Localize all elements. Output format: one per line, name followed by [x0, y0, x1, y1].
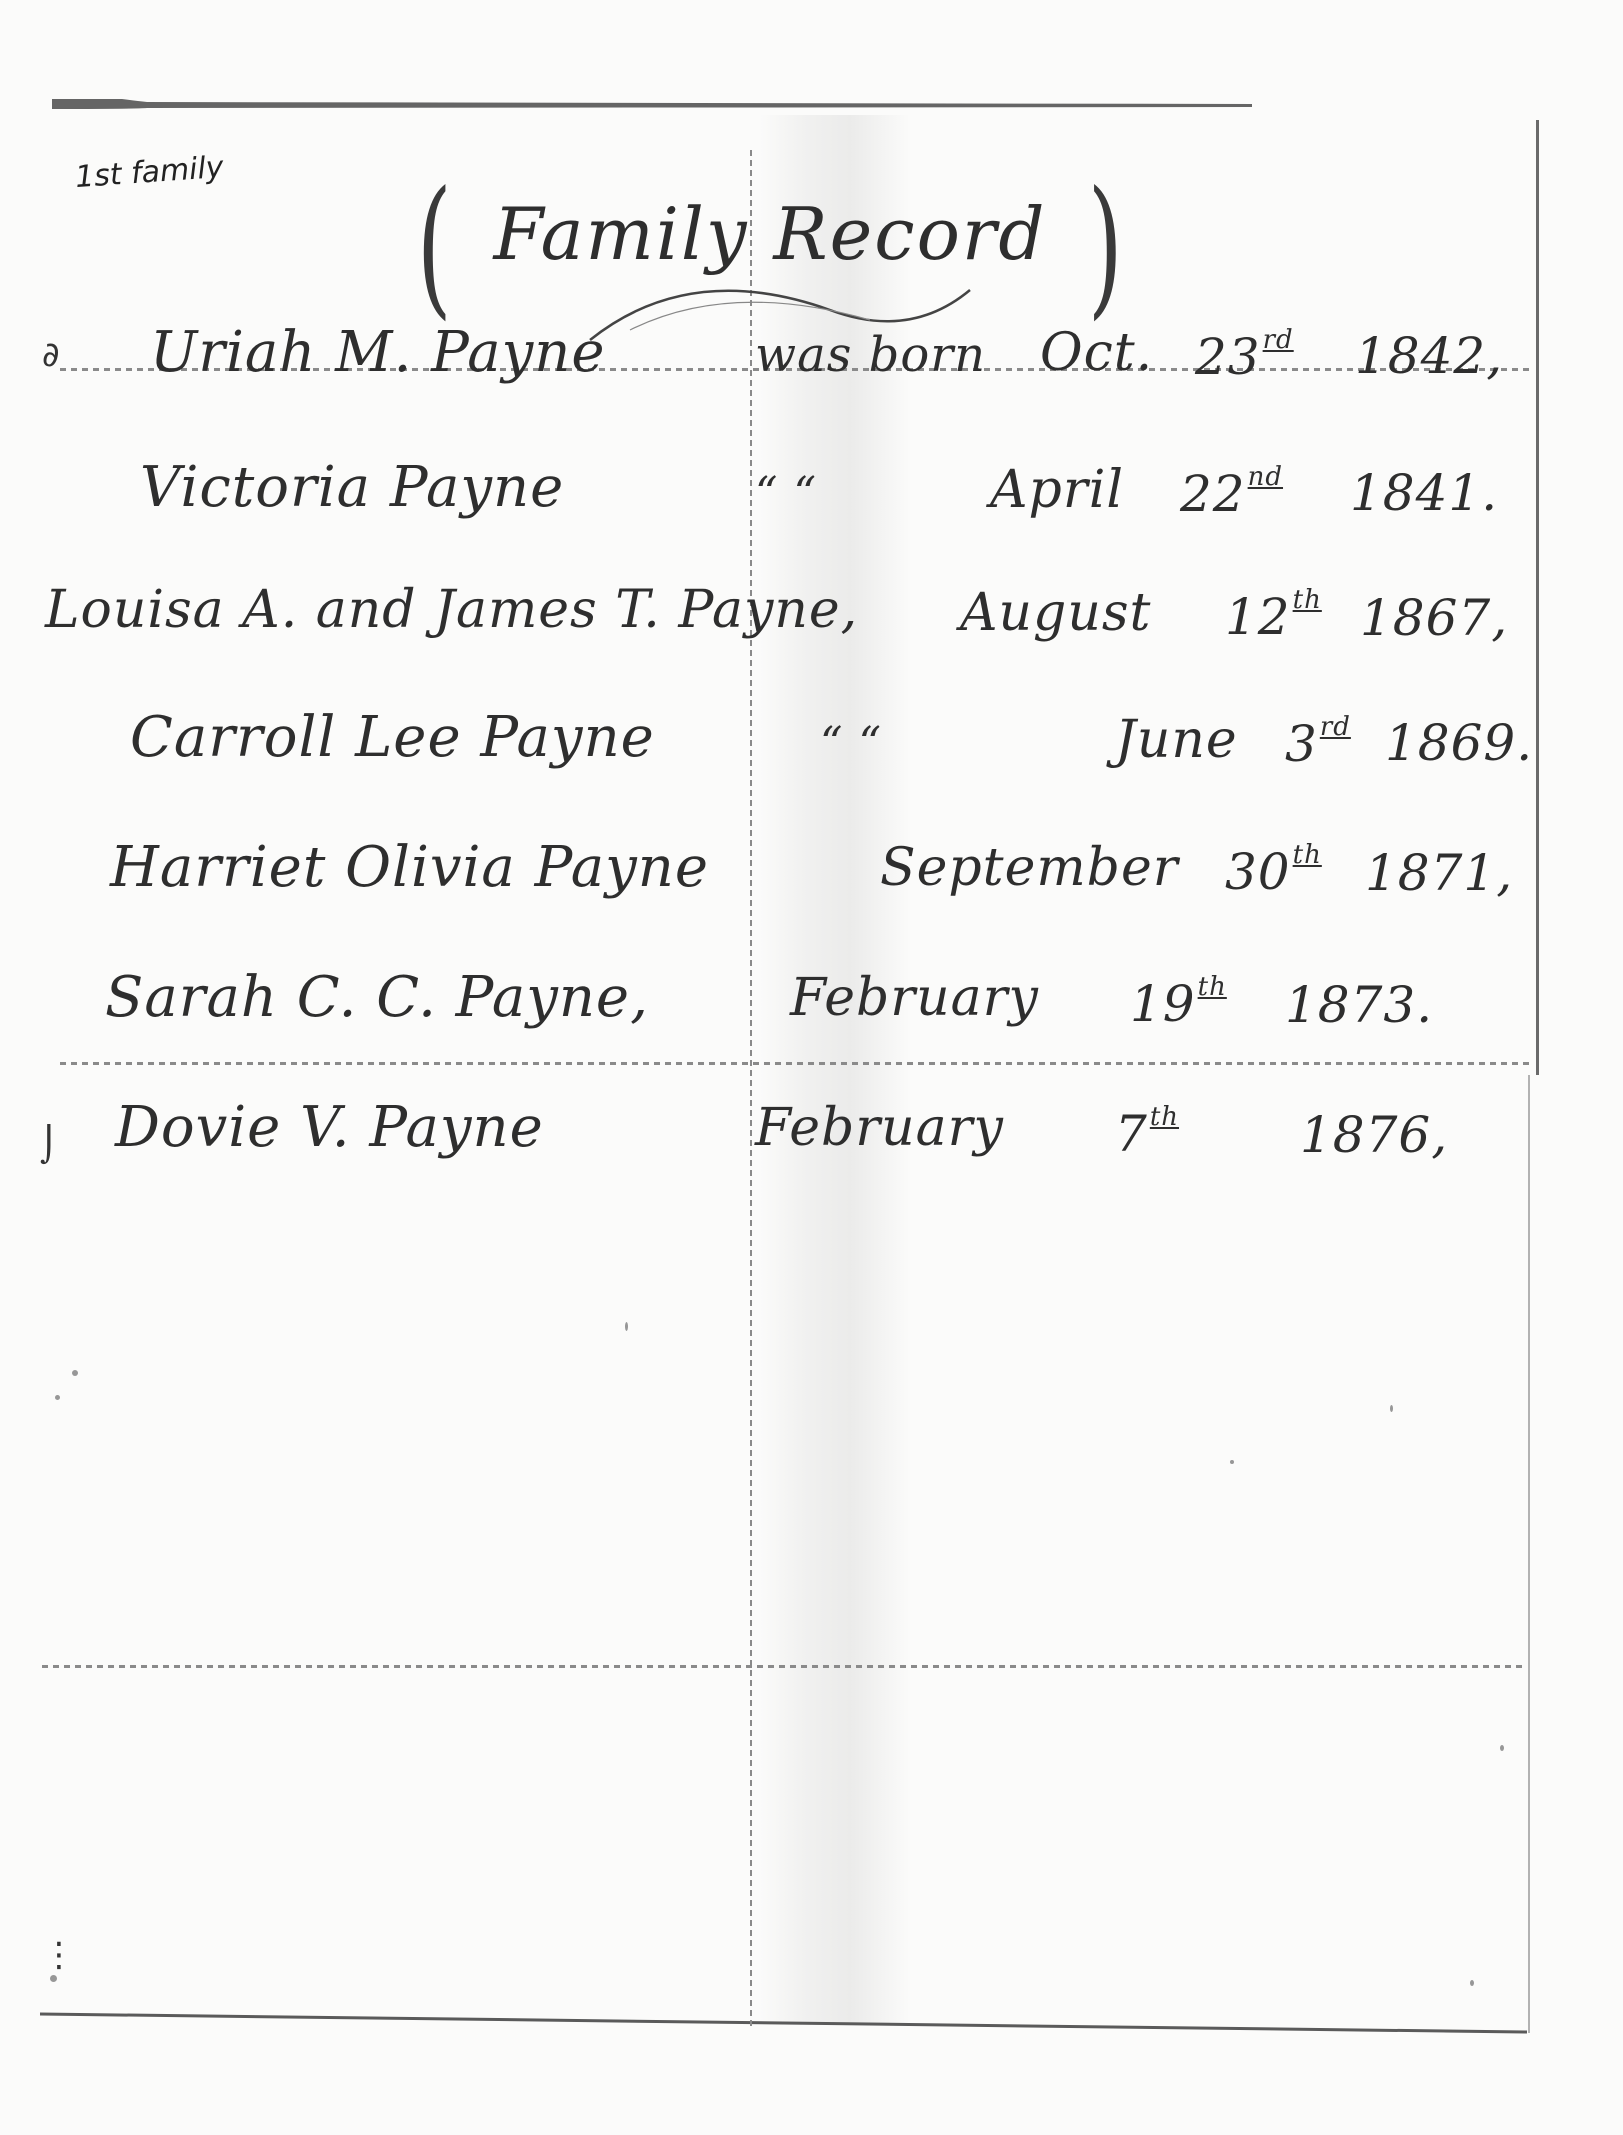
entry-month: September: [880, 838, 1179, 898]
entry-row: Sarah C. C. Payne, February 19th 1873.: [0, 960, 1540, 1050]
ruled-line-divider-1: [60, 1062, 1530, 1065]
entry-year: 1867,: [1360, 589, 1508, 647]
entry-month: August: [960, 583, 1151, 643]
right-border-lower: [1528, 1075, 1530, 2033]
entry-row: Uriah M. Payne was born Oct. 23rd 1842,: [0, 315, 1540, 405]
entry-connector: “ “: [820, 718, 882, 769]
entry-year: 1873.: [1285, 976, 1433, 1034]
entry-year: 1869.: [1385, 714, 1533, 772]
corner-note: 1st family: [74, 150, 225, 195]
scan-speck: [50, 1975, 57, 1982]
entry-year: 1876,: [1300, 1106, 1448, 1164]
entry-month: Oct.: [1040, 323, 1153, 383]
close-paren-flourish: ): [1088, 160, 1123, 334]
entry-row: Dovie V. Payne February 7th 1876,: [0, 1090, 1540, 1180]
entry-row: Harriet Olivia Payne September 30th 1871…: [0, 830, 1540, 920]
entry-day: 19th: [1130, 972, 1227, 1033]
entry-year: 1841.: [1350, 464, 1498, 522]
entry-month: February: [755, 1098, 1004, 1158]
scan-speck: [625, 1322, 628, 1331]
scanned-page: 1st family ( Family Record ) ∂ ⌡ ⋮ Uriah…: [0, 0, 1623, 2135]
entry-name: Carroll Lee Payne: [130, 705, 655, 770]
entry-name: Louisa A. and James T. Payne,: [45, 580, 858, 640]
entry-row: Victoria Payne “ “ April 22nd 1841.: [0, 450, 1540, 540]
scan-speck: [1500, 1745, 1504, 1751]
entry-name: Uriah M. Payne: [150, 320, 605, 385]
entry-name: Dovie V. Payne: [115, 1095, 544, 1160]
scan-speck: [1230, 1460, 1234, 1464]
entry-month: June: [1115, 710, 1238, 770]
scan-speck: [1390, 1405, 1393, 1412]
entry-day: 30th: [1225, 840, 1322, 901]
page-title: Family Record: [420, 192, 1120, 276]
entry-name: Victoria Payne: [140, 455, 564, 520]
entry-year: 1842,: [1355, 327, 1503, 385]
scan-speck: [1470, 1980, 1474, 1986]
entry-day: 22nd: [1180, 462, 1283, 523]
entry-month: February: [790, 968, 1039, 1028]
entry-row: Carroll Lee Payne “ “ June 3rd 1869.: [0, 700, 1540, 790]
scan-speck: [72, 1370, 78, 1376]
entry-name: Harriet Olivia Payne: [110, 835, 709, 900]
title-block: ( Family Record ): [420, 150, 1120, 340]
entry-connector: “ “: [755, 468, 817, 519]
ruled-line-divider-2: [42, 1665, 1527, 1668]
margin-mark-bottom: ⋮: [42, 1935, 76, 1975]
entry-year: 1871,: [1365, 844, 1513, 902]
entry-day: 3rd: [1285, 712, 1351, 773]
top-heavy-rule: [52, 98, 1252, 110]
entry-day: 23rd: [1195, 325, 1294, 386]
entry-month: April: [990, 460, 1124, 520]
entry-row: Louisa A. and James T. Payne, August 12t…: [0, 575, 1540, 665]
entry-connector: was born: [755, 327, 986, 383]
entry-day: 7th: [1115, 1102, 1179, 1163]
entry-name: Sarah C. C. Payne,: [105, 965, 649, 1030]
bottom-border-rule: [40, 2008, 1540, 2038]
scan-speck: [55, 1395, 60, 1400]
entry-day: 12th: [1225, 585, 1322, 646]
